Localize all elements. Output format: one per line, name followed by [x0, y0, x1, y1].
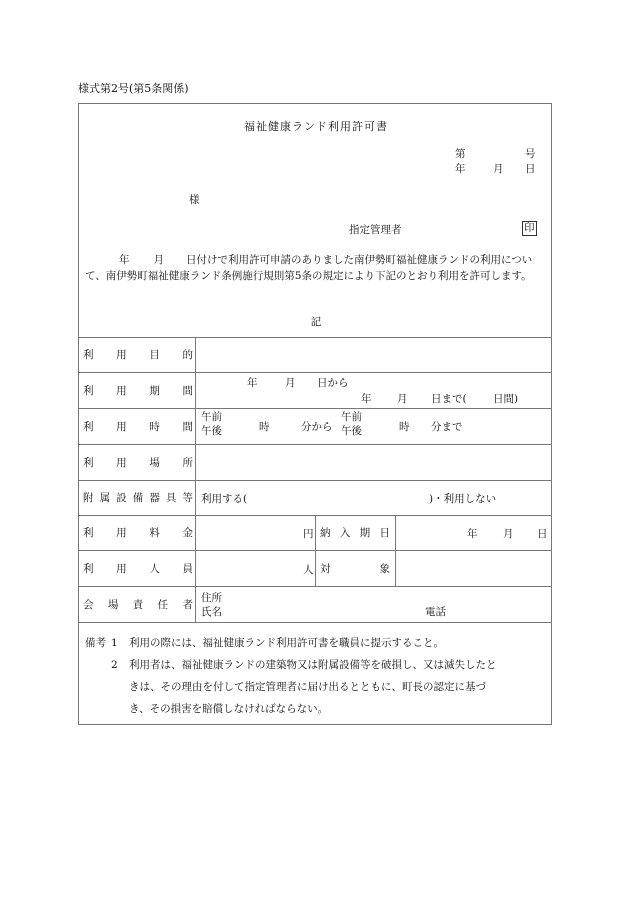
end-hour[interactable]: 時: [399, 419, 410, 434]
seal-icon: 印: [522, 221, 537, 236]
phone-field[interactable]: 電話: [425, 604, 446, 619]
period-from-year[interactable]: 年: [247, 375, 258, 390]
seal-mark: 印: [522, 221, 537, 236]
label-equipment: 附属設備器具等: [83, 480, 193, 515]
due-month[interactable]: 月: [503, 526, 514, 541]
body-month: 月: [130, 254, 165, 266]
notes-heading: 備考: [85, 632, 111, 654]
period-days[interactable]: 日間): [493, 391, 518, 406]
address-field[interactable]: 住所: [201, 590, 222, 605]
label-time: 利用時間: [83, 408, 193, 444]
period-from-day[interactable]: 日から: [317, 375, 349, 390]
date-year: 年: [455, 161, 466, 176]
end-minute[interactable]: 分まで: [431, 419, 463, 434]
purpose-field[interactable]: [197, 339, 547, 370]
permit-statement: 年月日付けで利用許可申請のありました南伊勢町福祉健康ランドの利用について、南伊勢…: [85, 252, 547, 284]
due-day[interactable]: 日: [537, 526, 548, 541]
label-purpose: 利用目的: [83, 337, 193, 372]
end-ampm[interactable]: 午前午後: [341, 410, 362, 438]
equipment-nouse-option[interactable]: )・利用しない: [429, 491, 496, 506]
notes: 備考 1 利用の際には、福祉健康ランド利用許可書を職員に提示すること。 2 利用…: [85, 632, 547, 720]
manager-label: 指定管理者: [349, 222, 402, 237]
due-year[interactable]: 年: [467, 526, 478, 541]
column-divider: [315, 515, 316, 586]
label-people: 利用人員: [83, 550, 193, 586]
period-to-day[interactable]: 日まで(: [431, 391, 467, 406]
date-month: 月: [493, 161, 504, 176]
body-year: 年: [85, 254, 130, 266]
note-number: 2: [111, 654, 129, 720]
period-from-month[interactable]: 月: [285, 375, 296, 390]
label-due-date: 納入期日: [320, 515, 390, 550]
label-target: 対象: [320, 550, 390, 586]
note-text: 利用の際には、福祉健康ランド利用許可書を職員に提示すること。: [129, 632, 444, 654]
place-field[interactable]: [197, 446, 547, 478]
form-title: 福祉健康ランド利用許可書: [79, 118, 553, 134]
note-text: 利用者は、福祉健康ランドの建築物又は附属設備等を破損し、又は滅失したときは、その…: [129, 654, 499, 720]
note-number: 1: [111, 632, 129, 654]
equipment-use-option[interactable]: 利用する(: [201, 491, 247, 506]
addressee-suffix: 様: [189, 192, 200, 207]
label-period: 利用期間: [83, 372, 193, 408]
period-to-year[interactable]: 年: [361, 391, 372, 406]
date-day: 日: [525, 161, 536, 176]
label-column-divider: [195, 337, 196, 622]
fee-field[interactable]: 円: [303, 526, 314, 541]
people-field[interactable]: 人: [303, 562, 314, 577]
divider: [79, 622, 551, 623]
ki-heading: 記: [79, 314, 553, 329]
number-suffix: 号: [525, 146, 536, 161]
form-caption: 様式第2号(第5条関係): [78, 80, 189, 96]
name-field[interactable]: 氏名: [201, 604, 222, 619]
label-place: 利用場所: [83, 444, 193, 480]
start-hour[interactable]: 時: [259, 419, 270, 434]
number-prefix: 第: [455, 146, 466, 161]
target-field[interactable]: [397, 552, 547, 584]
column-divider: [395, 515, 396, 586]
permit-form: 福祉健康ランド利用許可書 第 号 年 月 日 様 指定管理者 印 年月日付けで利…: [78, 103, 552, 725]
start-ampm[interactable]: 午前午後: [201, 410, 222, 438]
label-responsible: 会場責任者: [83, 586, 193, 622]
start-minute[interactable]: 分から: [301, 419, 333, 434]
label-fee: 利用料金: [83, 515, 193, 550]
period-to-month[interactable]: 月: [397, 391, 408, 406]
